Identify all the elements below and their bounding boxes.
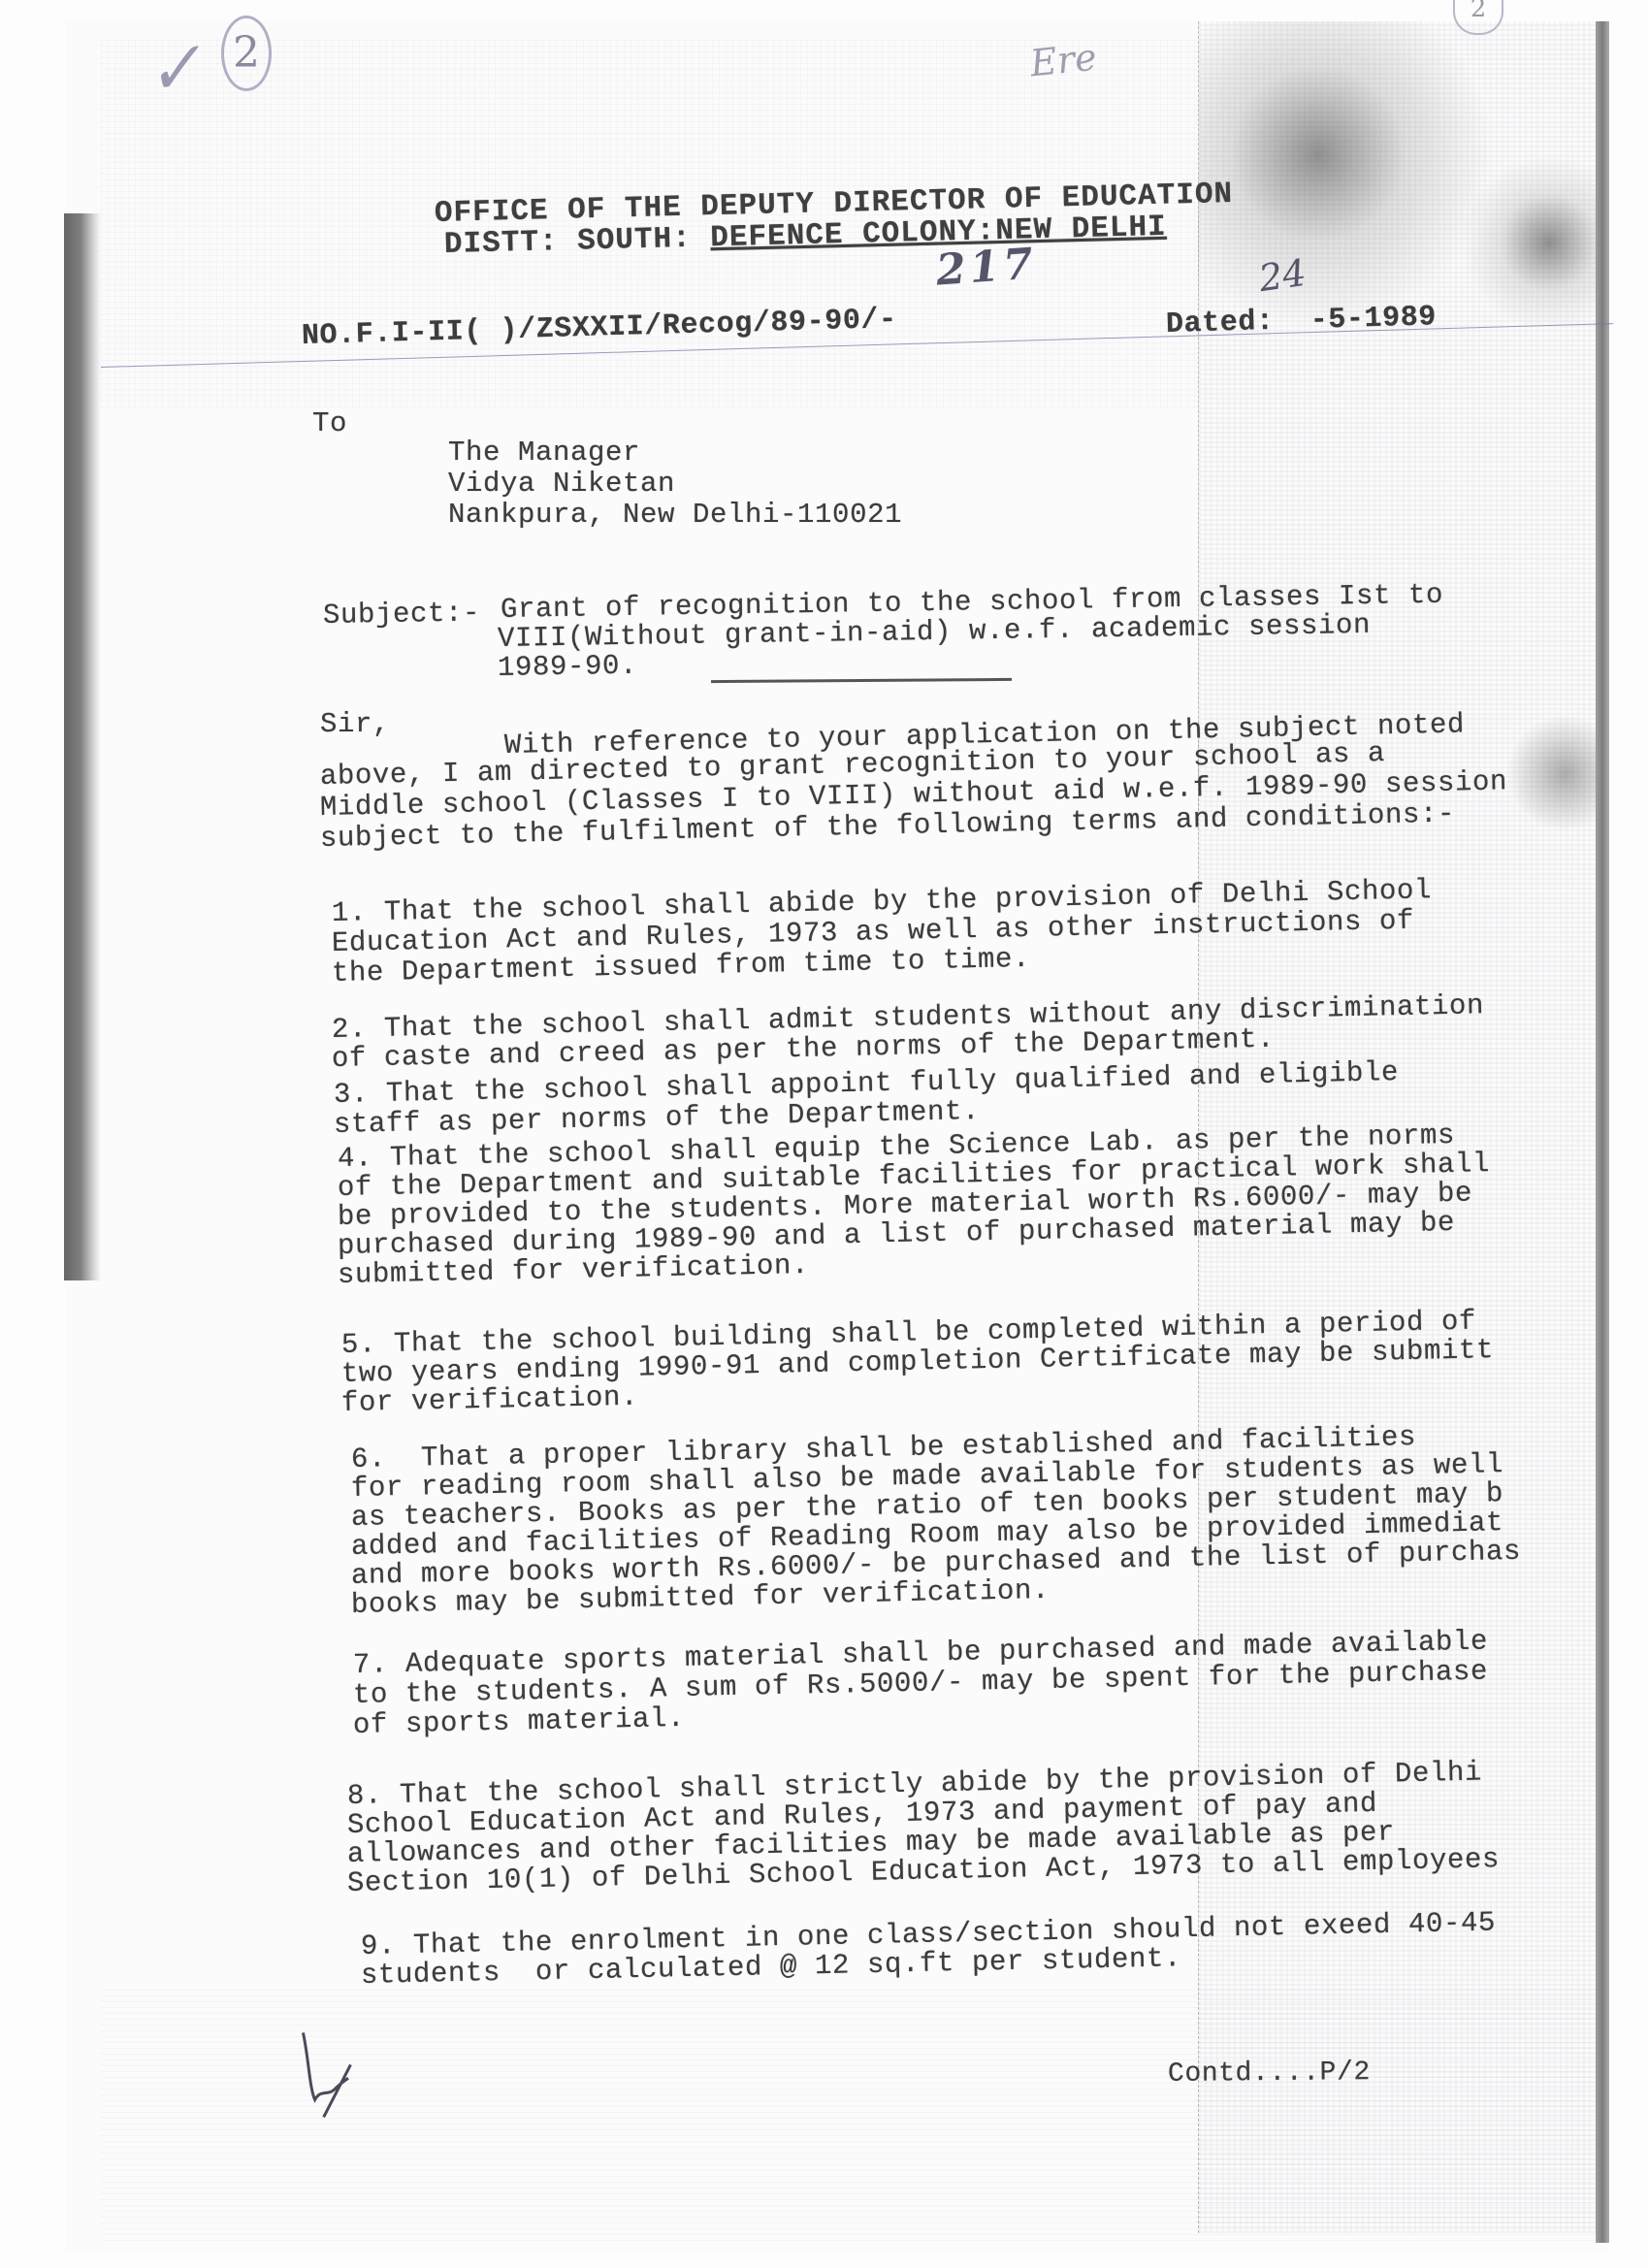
handwritten-check-mark-icon: ✓ bbox=[141, 25, 208, 112]
circled-page-number: 2 bbox=[221, 16, 272, 91]
handwritten-annotation: Ere bbox=[1028, 36, 1099, 85]
scan-edge-right bbox=[1596, 21, 1609, 2243]
recipient-line: Nankpura, New Delhi-110021 bbox=[448, 499, 902, 531]
recipient-line: The Manager bbox=[448, 437, 640, 469]
handwritten-date-day: 24 bbox=[1256, 251, 1309, 300]
dated-label: Dated: bbox=[1166, 306, 1276, 341]
salutation: Sir, bbox=[320, 708, 390, 740]
letterhead-district: DISTT: SOUTH: bbox=[444, 221, 711, 262]
recipient-line: Vidya Niketan bbox=[448, 468, 675, 500]
subject-label: Subject:- bbox=[323, 597, 481, 632]
subject-line: 1989-90. bbox=[498, 650, 638, 684]
to-label: To bbox=[312, 407, 347, 439]
continuation-note: Contd....P/2 bbox=[1168, 2057, 1371, 2090]
condition-line: for verification. bbox=[341, 1381, 639, 1419]
signature-icon bbox=[285, 2026, 376, 2126]
scanned-page: ✓ 2 2 Ere 217 24 OFFICE OF THE DEPUTY DI… bbox=[0, 0, 1649, 2268]
scan-edge-left bbox=[64, 213, 101, 1280]
dated-value: -5-1989 bbox=[1274, 301, 1437, 339]
